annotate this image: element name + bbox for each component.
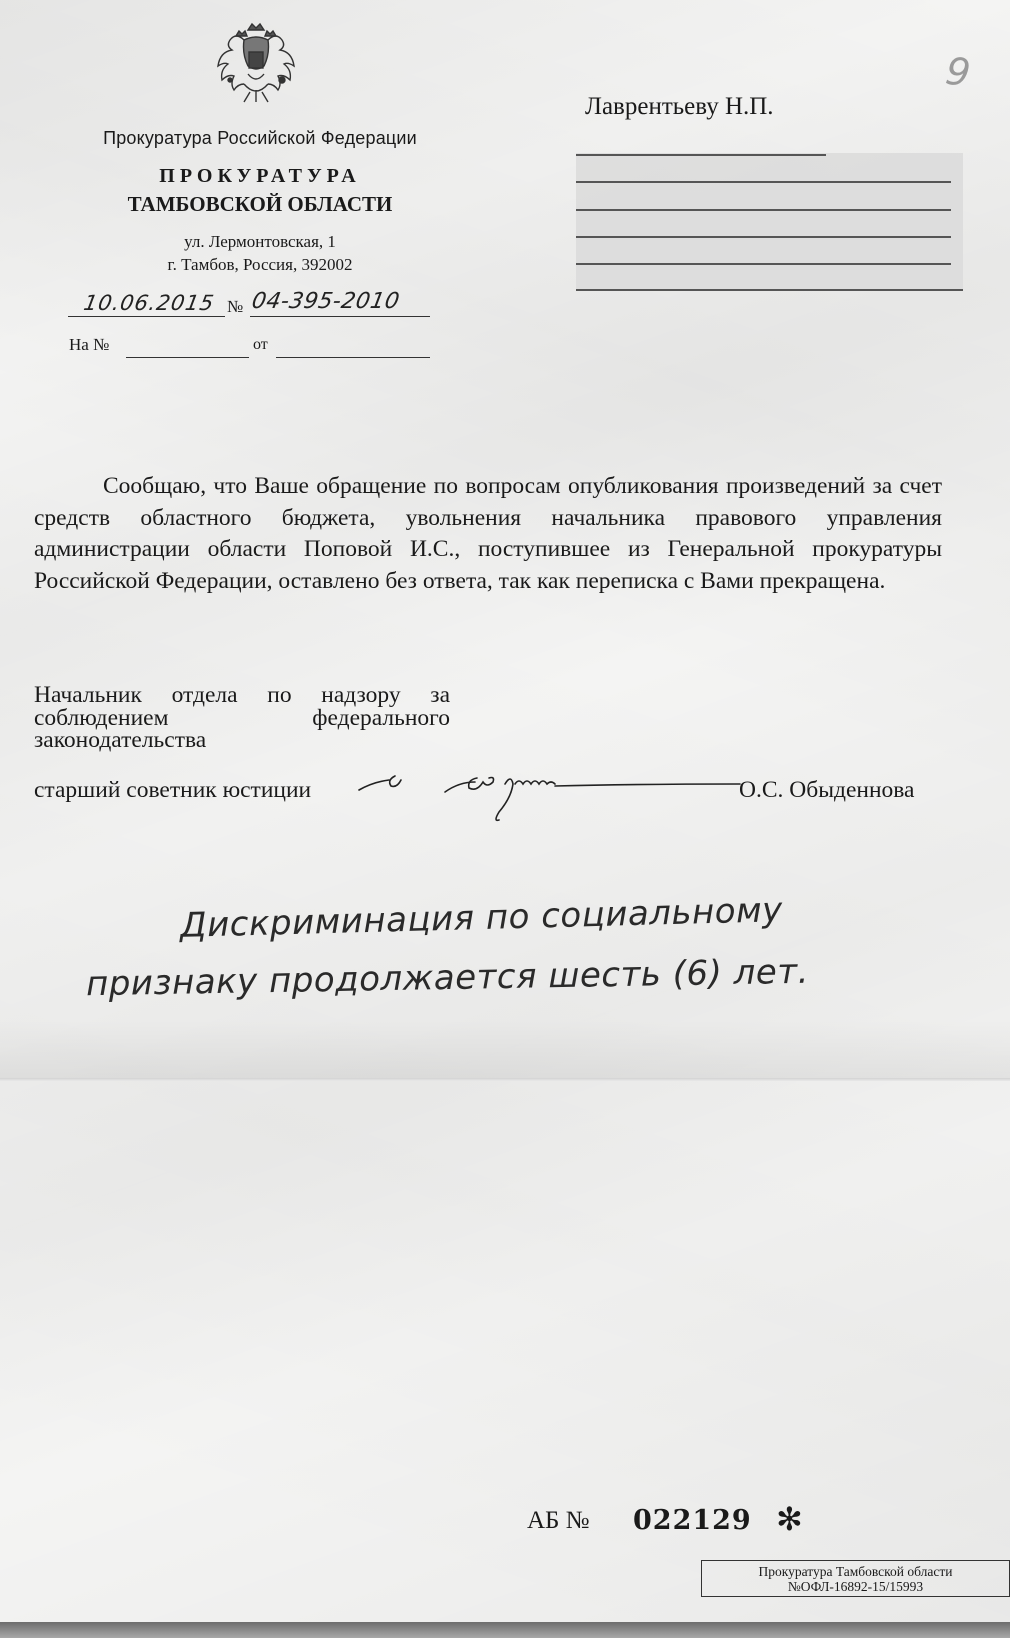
organization-street-address: ул. Лермонтовская, 1 — [60, 232, 460, 252]
redacted-address-block — [576, 153, 963, 289]
registration-date-underline — [68, 316, 225, 317]
reference-date-label: от — [253, 336, 268, 354]
address-line — [576, 263, 951, 265]
registration-stamp: Прокуратура Тамбовской области №ОФЛ-1689… — [701, 1560, 1010, 1597]
reference-number-label: На № — [69, 335, 109, 355]
signatory-title: Начальник отдела по надзору за соблюдени… — [34, 684, 450, 752]
federal-office-name: Прокуратура Российской Федерации — [60, 128, 460, 149]
signatory-name: О.С. Обыденнова — [739, 777, 915, 804]
reference-number-field — [126, 357, 249, 358]
form-serial-number: 022129 — [633, 1505, 752, 1536]
stamp-number: №ОФЛ-16892-15/15993 — [702, 1579, 1009, 1594]
signatory-rank: старший советник юстиции — [34, 777, 311, 804]
paper-fold-line — [0, 1078, 1010, 1081]
paper-fold-shadow — [0, 1020, 1010, 1078]
address-line — [576, 289, 963, 291]
registration-number: 04-395-2010 — [250, 289, 402, 314]
russian-coat-of-arms-icon — [214, 18, 298, 106]
address-line — [576, 209, 951, 211]
reference-date-field — [276, 357, 430, 358]
handwritten-signature-icon — [355, 770, 745, 830]
addressee-name: Лаврентьеву Н.П. — [585, 93, 774, 121]
address-line — [576, 181, 951, 183]
address-line — [576, 236, 951, 238]
registration-number-label: № — [227, 297, 243, 317]
stamp-office: Прокуратура Тамбовской области — [702, 1564, 1009, 1579]
organization-name-line-2: ТАМБОВСКОЙ ОБЛАСТИ — [60, 192, 460, 217]
form-serial-label: АБ № — [527, 1507, 590, 1535]
organization-name-line-1: ПРОКУРАТУРА — [60, 165, 460, 188]
organization-city-address: г. Тамбов, Россия, 392002 — [60, 255, 460, 275]
letter-body: Сообщаю, что Ваше обращение по вопросам … — [34, 471, 942, 597]
snowflake-mark-icon: ✻ — [776, 1500, 803, 1538]
address-line — [576, 154, 826, 156]
scan-background — [0, 1622, 1010, 1638]
registration-date: 10.06.2015 — [82, 291, 216, 315]
registration-number-underline — [250, 316, 430, 317]
